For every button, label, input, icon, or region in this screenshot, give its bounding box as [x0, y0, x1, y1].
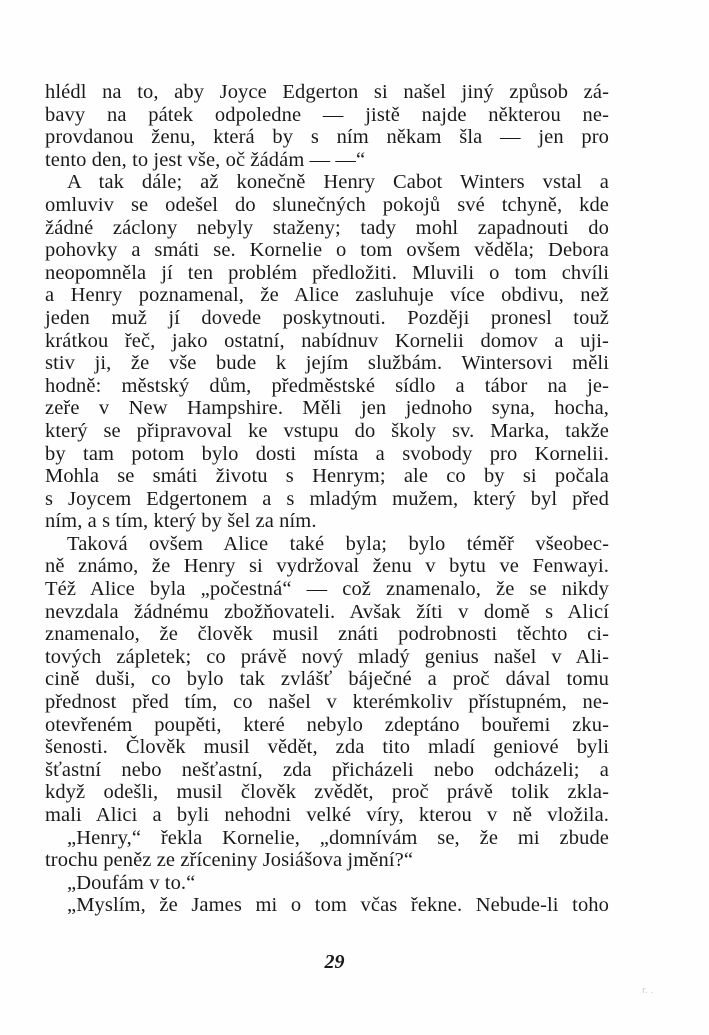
- text-line: znamenalo, že člověk musil znáti podrobn…: [45, 623, 609, 646]
- text-line: Taková ovšem Alice také byla; bylo téměř…: [45, 533, 609, 556]
- text-line: s Joycem Edgertonem a s mladým mužem, kt…: [45, 488, 609, 511]
- text-line: nevzdala žádnému zbožňovateli. Avšak žít…: [45, 601, 609, 624]
- text-line: šťastní nebo nešťastní, zda přicházeli n…: [45, 759, 609, 782]
- text-line: provdanou ženu, která by s ním někam šla…: [45, 126, 609, 149]
- text-line: Mohla se smáti životu s Henrym; ale co b…: [45, 465, 609, 488]
- text-line: když odešli, musil člověk zvědět, proč p…: [45, 781, 609, 804]
- text-line: ním, a s tím, který by šel za ním.: [45, 510, 609, 533]
- book-page: hlédl na to, aby Joyce Edgerton si našel…: [0, 0, 709, 1035]
- scan-speck: r. .: [642, 986, 653, 996]
- text-line: tento den, to jest vše, oč žádám — —“: [45, 149, 609, 172]
- text-line: bavy na pátek odpoledne — jistě najde ně…: [45, 104, 609, 127]
- body-text: hlédl na to, aby Joyce Edgerton si našel…: [45, 81, 609, 917]
- text-line: žádné záclony nebyly staženy; tady mohl …: [45, 217, 609, 240]
- text-line: šenosti. Člověk musil vědět, zda tito ml…: [45, 736, 609, 759]
- text-line: jeden muž jí dovede poskytnouti. Později…: [45, 307, 609, 330]
- text-line: cině duši, co bylo tak zvlášť báječné a …: [45, 668, 609, 691]
- text-line: a Henry poznamenal, že Alice zasluhuje v…: [45, 284, 609, 307]
- text-line: pohovky a smáti se. Kornelie o tom ovšem…: [45, 239, 609, 262]
- page-number-label: 29: [325, 951, 345, 973]
- text-line: hodně: městský dům, předměstské sídlo a …: [45, 375, 609, 398]
- text-line: trochu peněz ze zříceniny Josiášova jměn…: [45, 849, 609, 872]
- text-line: neopomněla jí ten problém předložiti. Ml…: [45, 262, 609, 285]
- text-line: mali Alici a byli nehodni velké víry, kt…: [45, 804, 609, 827]
- text-line: omluviv se odešel do slunečných pokojů s…: [45, 194, 609, 217]
- text-line: by tam potom bylo dosti místa a svobody …: [45, 443, 609, 466]
- text-line: stiv ji, že vše bude k jejím službám. Wi…: [45, 352, 609, 375]
- text-line: A tak dále; až konečně Henry Cabot Winte…: [45, 171, 609, 194]
- text-line: krátkou řeč, jako ostatní, nabídnuv Korn…: [45, 330, 609, 353]
- text-line: „Myslím, že James mi o tom včas řekne. N…: [45, 894, 609, 917]
- page-number: 29: [0, 951, 709, 974]
- text-line: „Doufám v to.“: [45, 872, 609, 895]
- text-line: tových zápletek; co právě nový mladý gen…: [45, 646, 609, 669]
- text-line: hlédl na to, aby Joyce Edgerton si našel…: [45, 81, 609, 104]
- text-line: zeře v New Hampshire. Měli jen jednoho s…: [45, 397, 609, 420]
- text-line: Též Alice byla „počestná“ — což znamenal…: [45, 578, 609, 601]
- text-line: „Henry,“ řekla Kornelie, „domnívám se, ž…: [45, 827, 609, 850]
- text-line: přednost před tím, co našel v kterémkoli…: [45, 691, 609, 714]
- text-line: otevřeném poupěti, které nebylo zdeptáno…: [45, 714, 609, 737]
- text-line: ně známo, že Henry si vydržoval ženu v b…: [45, 555, 609, 578]
- text-line: který se připravoval ke vstupu do školy …: [45, 420, 609, 443]
